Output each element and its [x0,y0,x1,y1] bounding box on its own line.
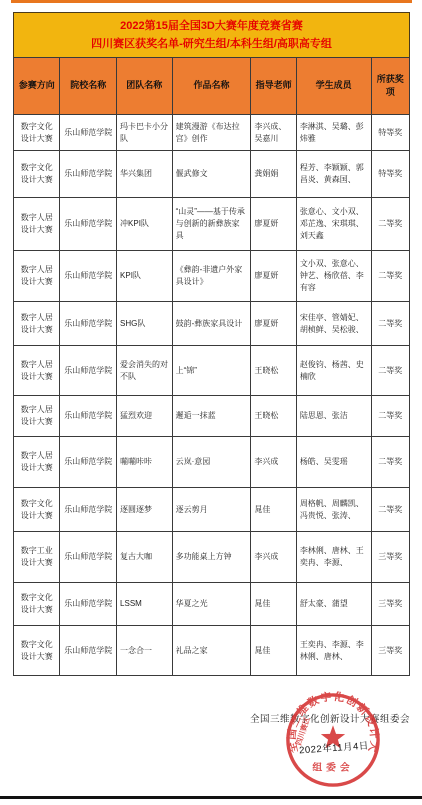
award-table-body: 数字文化设计大赛乐山师范学院玛卡巴卡小分队建筑漫游《布达拉宫》创作李兴成、吴嘉川… [14,115,410,676]
header-row: 参赛方向 院校名称 团队名称 作品名称 指导老师 学生成员 所获奖项 [14,58,410,115]
table-row: 数字文化设计大赛乐山师范学院华兴集团偃武修文龚娟娟程芳、李颖颖、郭昌炎、黄森国、… [14,151,410,198]
table-cell: 数字文化设计大赛 [14,626,60,676]
table-cell: 乐山师范学院 [60,115,117,151]
table-cell: 乐山师范学院 [60,346,117,396]
table-cell: 数字文化设计大赛 [14,488,60,532]
table-cell: 二等奖 [371,396,409,437]
table-row: 数字人居设计大赛乐山师范学院猛烈欢迎邂逅一抹蓝王晓松陆思恩、张洁二等奖 [14,396,410,437]
table-cell: 偃武修文 [172,151,251,198]
table-cell: 程芳、李颖颖、郭昌炎、黄森国、 [296,151,371,198]
table-cell: 李淋淇、吴璐、彭炜雅 [296,115,371,151]
table-cell: 三等奖 [371,626,409,676]
table-cell: 乐山师范学院 [60,626,117,676]
table-cell: 二等奖 [371,437,409,488]
table-cell: 二等奖 [371,251,409,302]
table-row: 数字文化设计大赛乐山师范学院逐圆逐梦逐云剪月晁佳周格帆、周麟凯、冯贵悦、张涛、二… [14,488,410,532]
table-cell: KPI队 [117,251,173,302]
header-award: 所获奖项 [371,58,409,115]
award-document: 2022第15届全国3D大赛年度竞赛省赛 四川赛区获奖名单-研究生组/本科生组/… [13,12,410,676]
table-cell: 乐山师范学院 [60,302,117,346]
table-cell: 赵俊钧、杨茜、史楠欣 [296,346,371,396]
table-cell: 乐山师范学院 [60,198,117,251]
table-cell: SHG队 [117,302,173,346]
award-table: 参赛方向 院校名称 团队名称 作品名称 指导老师 学生成员 所获奖项 数字文化设… [13,57,410,676]
table-cell: 文小双、张意心、钟艺、杨欣蓓、李有容 [296,251,371,302]
table-cell: 廖夏妍 [251,198,296,251]
table-cell: 玛卡巴卡小分队 [117,115,173,151]
table-cell: 华兴集团 [117,151,173,198]
table-cell: 二等奖 [371,346,409,396]
table-cell: 二等奖 [371,302,409,346]
top-orange-border [11,0,412,3]
table-cell: 乐山师范学院 [60,151,117,198]
table-cell: 嘣嘣咔咔 [117,437,173,488]
table-cell: 三等奖 [371,532,409,583]
header-students: 学生成员 [296,58,371,115]
table-cell: 廖夏妍 [251,251,296,302]
table-cell: “山灵”——基于传承与创新的新彝族家具 [172,198,251,251]
table-cell: 张意心、文小双、邓芷逸、宋琪琪、刘天鑫 [296,198,371,251]
table-row: 数字文化设计大赛乐山师范学院一念合一礼品之家晁佳王奕冉、李源、李林俐、唐林、三等… [14,626,410,676]
table-cell: 李兴成 [251,437,296,488]
table-cell: 逐圆逐梦 [117,488,173,532]
table-row: 数字工业设计大赛乐山师范学院复古大咖多功能桌上方钟李兴成李林俐、唐林、王奕冉、李… [14,532,410,583]
table-cell: 乐山师范学院 [60,251,117,302]
table-row: 数字文化设计大赛乐山师范学院玛卡巴卡小分队建筑漫游《布达拉宫》创作李兴成、吴嘉川… [14,115,410,151]
header-work: 作品名称 [172,58,251,115]
header-direction: 参赛方向 [14,58,60,115]
table-cell: 舒太豪、蒲望 [296,583,371,626]
table-cell: LSSM [117,583,173,626]
table-row: 数字人居设计大赛乐山师范学院SHG队鼓韵-彝族家具设计廖夏妍宋佳亭、管婧妃、胡桢… [14,302,410,346]
table-cell: 数字人居设计大赛 [14,251,60,302]
header-team: 团队名称 [117,58,173,115]
table-cell: 乐山师范学院 [60,396,117,437]
table-cell: 李兴成 [251,532,296,583]
table-row: 数字人居设计大赛乐山师范学院爱会消失的对不队上“锦”王晓松赵俊钧、杨茜、史楠欣二… [14,346,410,396]
table-cell: 数字人居设计大赛 [14,396,60,437]
bottom-divider-line [0,796,422,799]
table-cell: 数字文化设计大赛 [14,151,60,198]
table-cell: 龚娟娟 [251,151,296,198]
table-cell: 数字人居设计大赛 [14,302,60,346]
table-cell: 云岚·意园 [172,437,251,488]
table-cell: 数字文化设计大赛 [14,115,60,151]
table-cell: 乐山师范学院 [60,532,117,583]
table-cell: 特等奖 [371,151,409,198]
table-cell: 礼品之家 [172,626,251,676]
title-line-1: 2022第15届全国3D大赛年度竞赛省赛 [16,18,407,36]
table-cell: 李林俐、唐林、王奕冉、李源、 [296,532,371,583]
table-cell: 多功能桌上方钟 [172,532,251,583]
table-cell: 乐山师范学院 [60,488,117,532]
table-row: 数字人居设计大赛乐山师范学院冲KPI队“山灵”——基于传承与创新的新彝族家具廖夏… [14,198,410,251]
table-cell: 王晓松 [251,346,296,396]
table-cell: 数字人居设计大赛 [14,198,60,251]
table-cell: 爱会消失的对不队 [117,346,173,396]
seal-bottom-text: 组委会 [312,760,353,773]
table-cell: 《彝韵-非遗户外家具设计》 [172,251,251,302]
table-cell: 逐云剪月 [172,488,251,532]
table-cell: 冲KPI队 [117,198,173,251]
award-table-header: 参赛方向 院校名称 团队名称 作品名称 指导老师 学生成员 所获奖项 [14,58,410,115]
table-cell: 晁佳 [251,583,296,626]
header-school: 院校名称 [60,58,117,115]
table-cell: 李兴成、吴嘉川 [251,115,296,151]
table-cell: 陆思恩、张洁 [296,396,371,437]
table-cell: 王奕冉、李源、李林俐、唐林、 [296,626,371,676]
table-cell: 晁佳 [251,626,296,676]
table-cell: 特等奖 [371,115,409,151]
document-title: 2022第15届全国3D大赛年度竞赛省赛 四川赛区获奖名单-研究生组/本科生组/… [13,12,410,57]
table-cell: 建筑漫游《布达拉宫》创作 [172,115,251,151]
table-cell: 三等奖 [371,583,409,626]
table-row: 数字人居设计大赛乐山师范学院嘣嘣咔咔云岚·意园李兴成杨皓、吴雯瑶二等奖 [14,437,410,488]
table-cell: 乐山师范学院 [60,583,117,626]
table-cell: 数字文化设计大赛 [14,583,60,626]
title-line-2: 四川赛区获奖名单-研究生组/本科生组/高职高专组 [16,36,407,54]
table-cell: 王晓松 [251,396,296,437]
table-cell: 猛烈欢迎 [117,396,173,437]
table-cell: 华夏之光 [172,583,251,626]
table-cell: 鼓韵-彝族家具设计 [172,302,251,346]
table-cell: 复古大咖 [117,532,173,583]
table-cell: 邂逅一抹蓝 [172,396,251,437]
header-instructor: 指导老师 [251,58,296,115]
table-cell: 杨皓、吴雯瑶 [296,437,371,488]
table-cell: 数字人居设计大赛 [14,346,60,396]
table-cell: 二等奖 [371,198,409,251]
table-cell: 晁佳 [251,488,296,532]
table-cell: 数字工业设计大赛 [14,532,60,583]
table-cell: 乐山师范学院 [60,437,117,488]
table-cell: 廖夏妍 [251,302,296,346]
table-cell: 数字人居设计大赛 [14,437,60,488]
table-cell: 周格帆、周麟凯、冯贵悦、张涛、 [296,488,371,532]
table-cell: 宋佳亭、管婧妃、胡桢鲜、吴松骏、 [296,302,371,346]
table-cell: 上“锦” [172,346,251,396]
table-row: 数字人居设计大赛乐山师范学院KPI队《彝韵-非遗户外家具设计》廖夏妍文小双、张意… [14,251,410,302]
table-cell: 一念合一 [117,626,173,676]
table-row: 数字文化设计大赛乐山师范学院LSSM华夏之光晁佳舒太豪、蒲望三等奖 [14,583,410,626]
table-cell: 二等奖 [371,488,409,532]
